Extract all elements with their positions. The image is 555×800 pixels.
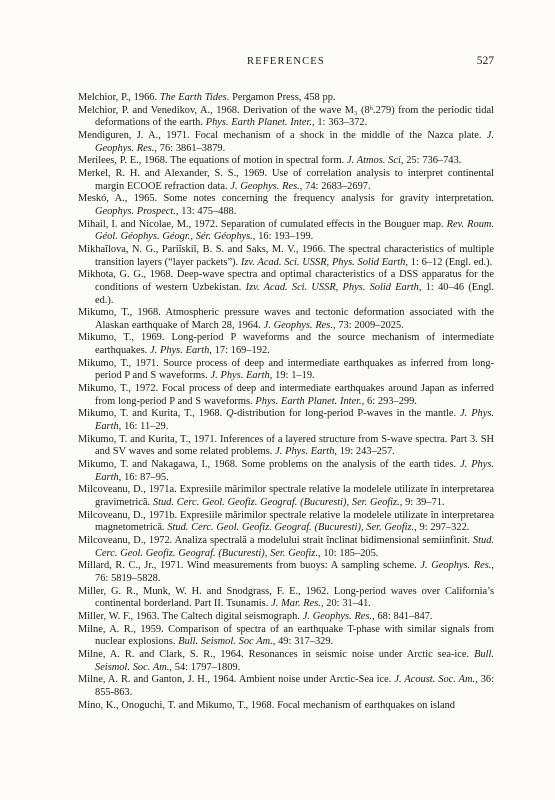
reference-text: , 13: 475–488. [176, 206, 236, 217]
reference-entry: Mino, K., Onoguchi, T. and Mikumo, T., 1… [78, 700, 494, 713]
reference-text: Mikumo, T. and Kurita, T., 1968. [78, 408, 226, 419]
reference-entry: Mikumo, T. and Kurita, T., 1971. Inferen… [78, 434, 494, 459]
reference-italic-text: J. Geophys. Res. [230, 181, 299, 192]
reference-text: , 73: 2009–2025. [333, 320, 404, 331]
reference-entry: Mikumo, T. and Kurita, T., 1968. Q-distr… [78, 408, 494, 433]
reference-entry: Merkel, R. H. and Alexander, S. S., 1969… [78, 168, 494, 193]
reference-text: Mendiguren, J. A., 1971. Focal mechanism… [78, 130, 487, 141]
reference-text: -distribution for long-period P-waves in… [234, 408, 460, 419]
reference-entry: Millard, R. C., Jr., 1971. Wind measurem… [78, 560, 494, 585]
reference-text: Millard, R. C., Jr., 1971. Wind measurem… [78, 560, 420, 571]
reference-text: , 54: 1797–1809. [169, 662, 240, 673]
reference-text: , 1: 363–372. [312, 117, 367, 128]
reference-text: , 16: 193–199. [253, 231, 313, 242]
reference-entry: Milcoveanu, D., 1971a. Expresiile mărimi… [78, 484, 494, 509]
reference-text: Mikumo, T., 1969. Long-period P waveform… [78, 332, 494, 356]
reference-italic-text: Phys. Earth Planet. Inter. [255, 396, 361, 407]
reference-entry: Meskó, A., 1965. Some notes concerning t… [78, 193, 494, 218]
reference-text: , 19: 1–19. [270, 370, 315, 381]
reference-italic-text: J. Atmos. Sci [347, 155, 401, 166]
references-list: Melchior, P., 1966. The Earth Tides. Per… [78, 92, 494, 712]
reference-italic-text: J. Geophys. Res. [264, 320, 333, 331]
reference-text: , 74: 2683–2697. [300, 181, 371, 192]
page-header: REFERENCES 527 [78, 56, 494, 70]
reference-italic-text: J. Phys. Earth [275, 446, 334, 457]
reference-text: , 17: 169–192. [209, 345, 269, 356]
running-head: REFERENCES [247, 56, 325, 67]
reference-italic-text: J. Phys. Earth [150, 345, 209, 356]
reference-entry: Melchior, P., 1966. The Earth Tides. Per… [78, 92, 494, 105]
reference-italic-text: J. Geophys. Res. [303, 611, 372, 622]
reference-entry: Mikumo, T., 1968. Atmospheric pressure w… [78, 307, 494, 332]
reference-text: , 10: 185–205. [318, 548, 378, 559]
reference-text: Milcoveanu, D., 1972. Analiza spectrală … [78, 535, 473, 546]
reference-entry: Mihail, I. and Nicolae, M., 1972. Separa… [78, 219, 494, 244]
page-content: REFERENCES 527 Melchior, P., 1966. The E… [78, 56, 494, 712]
reference-italic-text: Stud. Cerc. Geol. Geofiz. Geograf. (Bucu… [153, 497, 400, 508]
reference-entry: Milne, A. R., 1959. Comparison of spectr… [78, 624, 494, 649]
reference-italic-text: Geophys. Prospect. [95, 206, 176, 217]
reference-italic-text: The Earth Tides [160, 92, 227, 103]
reference-italic-text: J. Phys. Earth [210, 370, 269, 381]
reference-text: , 49: 317–329. [273, 636, 333, 647]
reference-text: Milne, A. R. and Clark, S. R., 1964. Res… [78, 649, 474, 660]
reference-entry: Milne, A. R. and Ganton, J. H., 1964. Am… [78, 674, 494, 699]
reference-italic-text: J. Mar. Res. [271, 598, 321, 609]
reference-entry: Milne, A. R. and Clark, S. R., 1964. Res… [78, 649, 494, 674]
reference-entry: Mikhaĭlova, N. G., Pariĭskiĭ, B. S. and … [78, 244, 494, 269]
reference-entry: Miller, G. R., Munk, W. H. and Snodgrass… [78, 586, 494, 611]
reference-text: Mino, K., Onoguchi, T. and Mikumo, T., 1… [78, 700, 455, 711]
book-page: REFERENCES 527 Melchior, P., 1966. The E… [0, 0, 555, 800]
reference-entry: Milcoveanu, D., 1972. Analiza spectrală … [78, 535, 494, 560]
page-number: 527 [477, 55, 494, 67]
reference-entry: Mendiguren, J. A., 1971. Focal mechanism… [78, 130, 494, 155]
reference-text: , 20: 31–41. [321, 598, 371, 609]
reference-entry: Mikumo, T., 1969. Long-period P waveform… [78, 332, 494, 357]
reference-entry: Mikhota, G. G., 1968. Deep-wave spectra … [78, 269, 494, 307]
reference-text: . Pergamon Press, 458 pp. [227, 92, 336, 103]
reference-text: , 9: 297–322. [414, 522, 469, 533]
reference-text: Mikumo, T. and Nakagawa, I., 1968. Some … [78, 459, 460, 470]
reference-text: , 9: 39–71. [400, 497, 445, 508]
reference-text: , 16: 87–95. [119, 472, 169, 483]
reference-italic-text: J. Geophys. Res. [420, 560, 491, 571]
reference-entry: Milcoveanu, D., 1971b. Expresiile mărimi… [78, 510, 494, 535]
reference-italic-text: Izv. Acad. Sci. USSR, Phys. Solid Earth [246, 282, 419, 293]
reference-text: , 16: 11–29. [119, 421, 169, 432]
reference-italic-text: Phys. Earth Planet. Inter. [206, 117, 312, 128]
reference-text: Meskó, A., 1965. Some notes concerning t… [78, 193, 494, 204]
reference-text: , 6: 293–299. [362, 396, 417, 407]
reference-italic-text: Bull. Seismol. Soc Am. [178, 636, 273, 647]
reference-text: , 68: 841–847. [372, 611, 432, 622]
reference-text: , 76: 3861–3879. [154, 143, 225, 154]
reference-italic-text: Izv. Acad. Sci. USSR, Phys. Solid Earth [241, 257, 405, 268]
reference-text: , 1: 6–12 (Engl. ed.). [405, 257, 492, 268]
reference-entry: Mikumo, T., 1972. Focal process of deep … [78, 383, 494, 408]
reference-text: , 25: 736–743. [401, 155, 461, 166]
reference-text: , 19: 243–257. [334, 446, 394, 457]
reference-entry: Melchior, P. and Venedikov, A., 1968. De… [78, 105, 494, 130]
reference-italic-text: Stud. Cerc. Geol. Geofiz. Geograf. (Bucu… [167, 522, 414, 533]
reference-text: Milne, A. R. and Ganton, J. H., 1964. Am… [78, 674, 394, 685]
reference-entry: Merilees, P. E., 1968. The equations of … [78, 155, 494, 168]
reference-italic-text: J. Acoust. Soc. Am. [394, 674, 475, 685]
reference-italic-text: Q [226, 408, 234, 419]
reference-text: Melchior, P., 1966. [78, 92, 160, 103]
reference-entry: Mikumo, T., 1971. Source process of deep… [78, 358, 494, 383]
reference-text: Miller, W. F., 1963. The Caltech digital… [78, 611, 303, 622]
reference-text: Mihail, I. and Nicolae, M., 1972. Separa… [78, 219, 447, 230]
reference-entry: Miller, W. F., 1963. The Caltech digital… [78, 611, 494, 624]
reference-entry: Mikumo, T. and Nakagawa, I., 1968. Some … [78, 459, 494, 484]
reference-text: Merilees, P. E., 1968. The equations of … [78, 155, 347, 166]
